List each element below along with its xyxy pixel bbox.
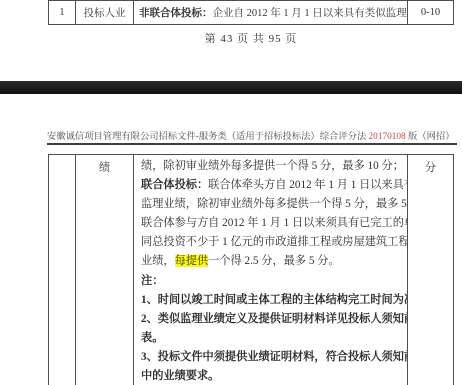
text-line: 联合体投标：联合体牵头方自 2012 年 1 月 1 日以来具有类似 bbox=[141, 176, 402, 195]
header-prefix: 安徽诚信项目管理有限公司招标文件-服务类（适用于招标投标法）综合评分法 bbox=[47, 132, 369, 142]
evaluation-table: 绩 绩，除初审业绩外每多提供一个得 5 分，最多 10 分；联合体投标：联合体牵… bbox=[48, 154, 454, 385]
previous-page-table-row: 1 投标人业 非联合体投标：企业自 2012 年 1 月 1 日以来具有类似监理… bbox=[48, 0, 454, 25]
category-column: 绩 bbox=[75, 155, 133, 385]
index-column bbox=[48, 155, 75, 385]
criteria-content-bold: 非联合体投标： bbox=[139, 5, 213, 20]
text-line: 表。 bbox=[141, 329, 402, 348]
text-line: 联合体参与方自 2012 年 1 月 1 日以来须具有已完工的单项合 bbox=[141, 214, 402, 233]
text-line: 监理业绩，除初审业绩外每多提供一个得 5 分，最多 5 分； bbox=[141, 195, 402, 214]
text-line: 2、类似监理业绩定义及提供证明材料详见投标人须知前附 bbox=[141, 310, 402, 329]
page-number: 第 43 页 共 95 页 bbox=[48, 30, 454, 46]
text-line: 3、投标文件中须提供业绩证明材料，符合投标人须知前附表 bbox=[141, 348, 402, 367]
document-header: 安徽诚信项目管理有限公司招标文件-服务类（适用于招标投标法）综合评分法 2017… bbox=[47, 128, 459, 142]
criteria-content-cell: 非联合体投标：企业自 2012 年 1 月 1 日以来具有类似监理业 bbox=[133, 1, 407, 24]
header-version-number: 20170108 bbox=[369, 132, 406, 142]
header-suffix: 版（网招） bbox=[406, 132, 455, 142]
criteria-text: 绩，除初审业绩外每多提供一个得 5 分，最多 10 分；联合体投标：联合体牵头方… bbox=[133, 155, 407, 385]
score-range-cell: 0-10 bbox=[407, 1, 454, 24]
header-rule bbox=[47, 143, 457, 145]
text-line: 注： bbox=[141, 272, 402, 291]
text-line: 业绩，每提供一个得 2.5 分，最多 5 分。 bbox=[141, 252, 402, 271]
criteria-content-rest: 企业自 2012 年 1 月 1 日以来具有类似监理业 bbox=[213, 5, 408, 20]
row-index-cell: 1 bbox=[48, 1, 75, 24]
text-line: 中的业绩要求。 bbox=[141, 367, 402, 385]
text-line: 绩，除初审业绩外每多提供一个得 5 分，最多 10 分； bbox=[141, 157, 402, 176]
text-line: 同总投资不少于 1 亿元的市政道排工程或房屋建筑工程监理 bbox=[141, 233, 402, 252]
score-column: 分 bbox=[407, 155, 454, 385]
page-break-bar bbox=[0, 81, 462, 94]
criteria-category-cell: 投标人业 bbox=[75, 1, 133, 24]
document-page: 1 投标人业 非联合体投标：企业自 2012 年 1 月 1 日以来具有类似监理… bbox=[0, 0, 462, 385]
text-line: 1、时间以竣工时间或主体工程的主体结构完工时间为准； bbox=[141, 291, 402, 310]
